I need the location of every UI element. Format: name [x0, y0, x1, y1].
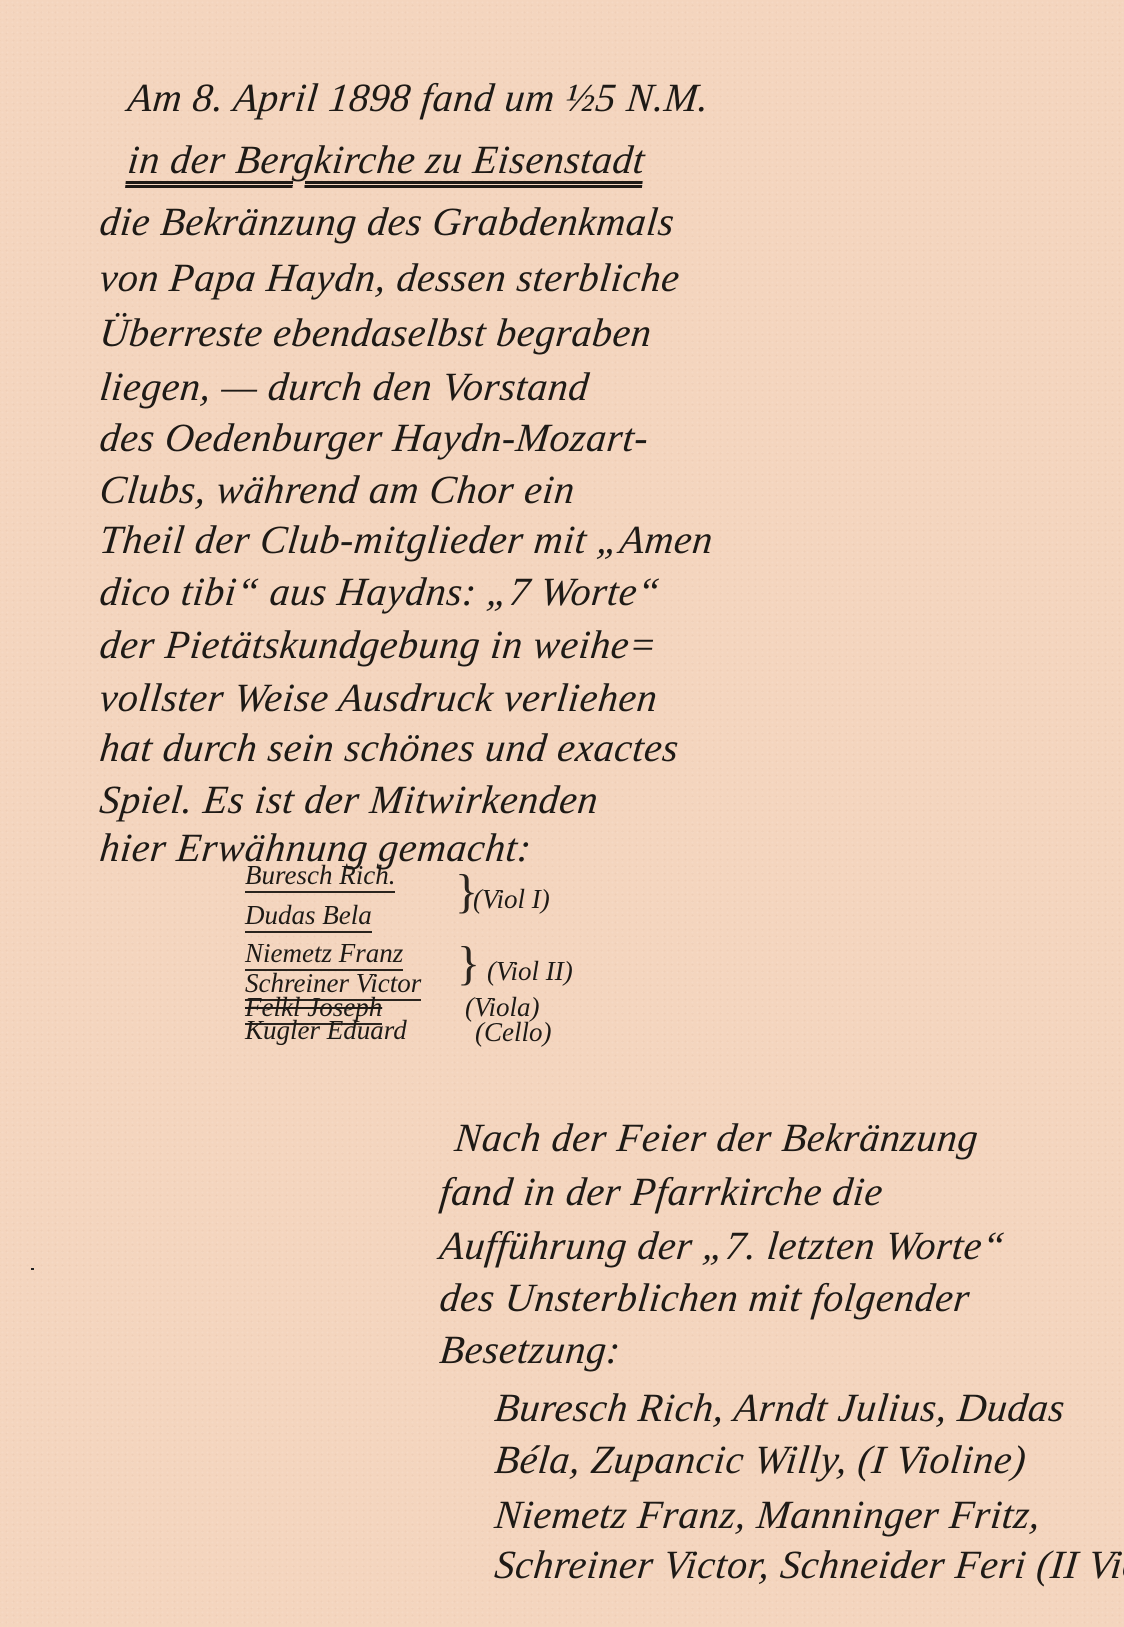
manuscript-page: Am 8. April 1898 fand um ½5 N.M. in der …: [0, 0, 1124, 1627]
part-label-viol2: (Viol II): [487, 956, 573, 987]
text-line-16: Nach der Feier der Bekränzung: [453, 1118, 980, 1158]
roster-entry: Buresch Rich.: [245, 862, 395, 893]
players-line-2: Béla, Zupancic Willy, (I Violine): [493, 1440, 1028, 1480]
text-line-10: dico tibi“ aus Haydns: „7 Worte“: [98, 572, 662, 612]
text-line-3: die Bekränzung des Grabdenkmals: [98, 202, 677, 242]
text-line-9: Theil der Club-mitglieder mit „Amen: [98, 520, 715, 560]
ink-speck: [31, 1268, 34, 1270]
players-line-3: Niemetz Franz, Manninger Fritz,: [493, 1495, 1043, 1535]
roster-entry: Dudas Bela: [245, 902, 372, 933]
text-line-2-content: in der Bergkirche zu Eisenstadt: [126, 137, 648, 182]
text-line-5: Überreste ebendaselbst begraben: [98, 313, 654, 353]
text-line-18: Aufführung der „7. letzten Worte“: [438, 1226, 1007, 1266]
text-line-7: des Oedenburger Haydn-Mozart-: [98, 418, 651, 458]
roster-entry: Kugler Eduard: [245, 1017, 407, 1044]
text-line-14: Spiel. Es ist der Mitwirkenden: [98, 780, 600, 820]
text-line-8: Clubs, während am Chor ein: [98, 470, 577, 510]
part-label-viol1: (Viol I): [473, 884, 550, 915]
text-line-2: in der Bergkirche zu Eisenstadt: [126, 140, 647, 180]
brace-icon: }: [457, 940, 480, 988]
text-line-1: Am 8. April 1898 fand um ½5 N.M.: [126, 78, 711, 118]
part-label-cello: (Cello): [475, 1017, 551, 1048]
text-line-4: von Papa Haydn, dessen sterbliche: [98, 258, 682, 298]
text-line-6: liegen, — durch den Vorstand: [98, 367, 591, 407]
text-line-19: des Unsterblichen mit folgender: [438, 1278, 972, 1318]
text-line-12: vollster Weise Ausdruck verliehen: [98, 678, 660, 718]
players-line-4: Schreiner Victor, Schneider Feri (II Vio: [493, 1545, 1124, 1585]
text-line-17: fand in der Pfarrkirche die: [438, 1172, 885, 1212]
players-line-1: Buresch Rich, Arndt Julius, Dudas: [493, 1388, 1067, 1428]
text-line-11: der Pietätskundgebung in weihe=: [98, 625, 659, 665]
roster-entry: Niemetz Franz: [245, 940, 403, 971]
text-line-13: hat durch sein schönes und exactes: [98, 728, 681, 768]
text-line-20: Besetzung:: [438, 1330, 623, 1370]
